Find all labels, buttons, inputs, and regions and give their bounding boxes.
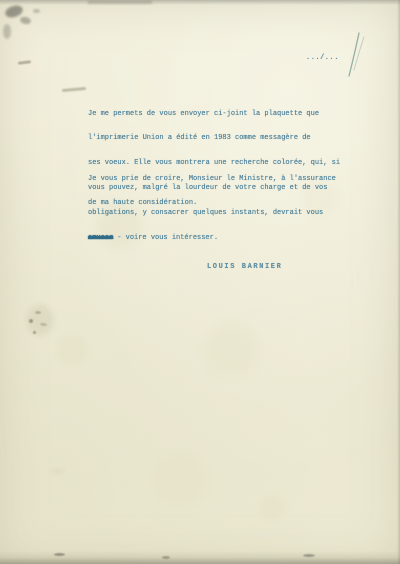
letter-page: .../... Je me permets de vous envoyer ci… <box>0 0 400 564</box>
paragraph-line-tail: - voire vous intéresser. <box>117 234 218 242</box>
stain-squiggle <box>62 87 86 92</box>
stain-left-middle <box>35 311 41 314</box>
stain-left-middle <box>26 304 54 336</box>
stain-top-left <box>33 9 40 13</box>
continuation-mark: .../... <box>306 54 339 62</box>
bottom-edge-shadow <box>0 551 400 564</box>
paragraph-line: de ma haute considération. <box>88 199 336 207</box>
stain-top-band <box>88 0 152 4</box>
stain-bottom-left <box>50 468 65 474</box>
paper-texture <box>0 0 400 564</box>
paragraph-line: Je vous prie de croire, Monsieur le Mini… <box>88 175 336 183</box>
paragraph-line: amuser- voire vous intéresser. <box>88 234 340 242</box>
stain-top-left <box>4 3 25 19</box>
stain-left-middle <box>29 319 33 323</box>
pen-mark <box>338 28 370 82</box>
signature-name: LOUIS BARNIER <box>207 263 282 271</box>
stain-top-left <box>19 16 31 25</box>
stain-top-left <box>3 24 11 39</box>
stain-bottom-edge <box>54 553 65 556</box>
paragraph-line: Je me permets de vous envoyer ci-joint l… <box>88 110 340 118</box>
stain-bottom-edge <box>303 554 315 557</box>
top-edge-shadow <box>0 0 400 5</box>
stain-left-middle <box>33 331 36 334</box>
paragraph-line: l'imprimerie Union a édité en 1983 comme… <box>88 134 340 142</box>
struck-word: amuser <box>88 234 113 242</box>
body-paragraph-2: Je vous prie de croire, Monsieur le Mini… <box>88 158 336 224</box>
stain-left-dash <box>18 60 31 65</box>
stain-left-middle <box>40 323 47 327</box>
stain-bottom-edge <box>162 556 170 559</box>
